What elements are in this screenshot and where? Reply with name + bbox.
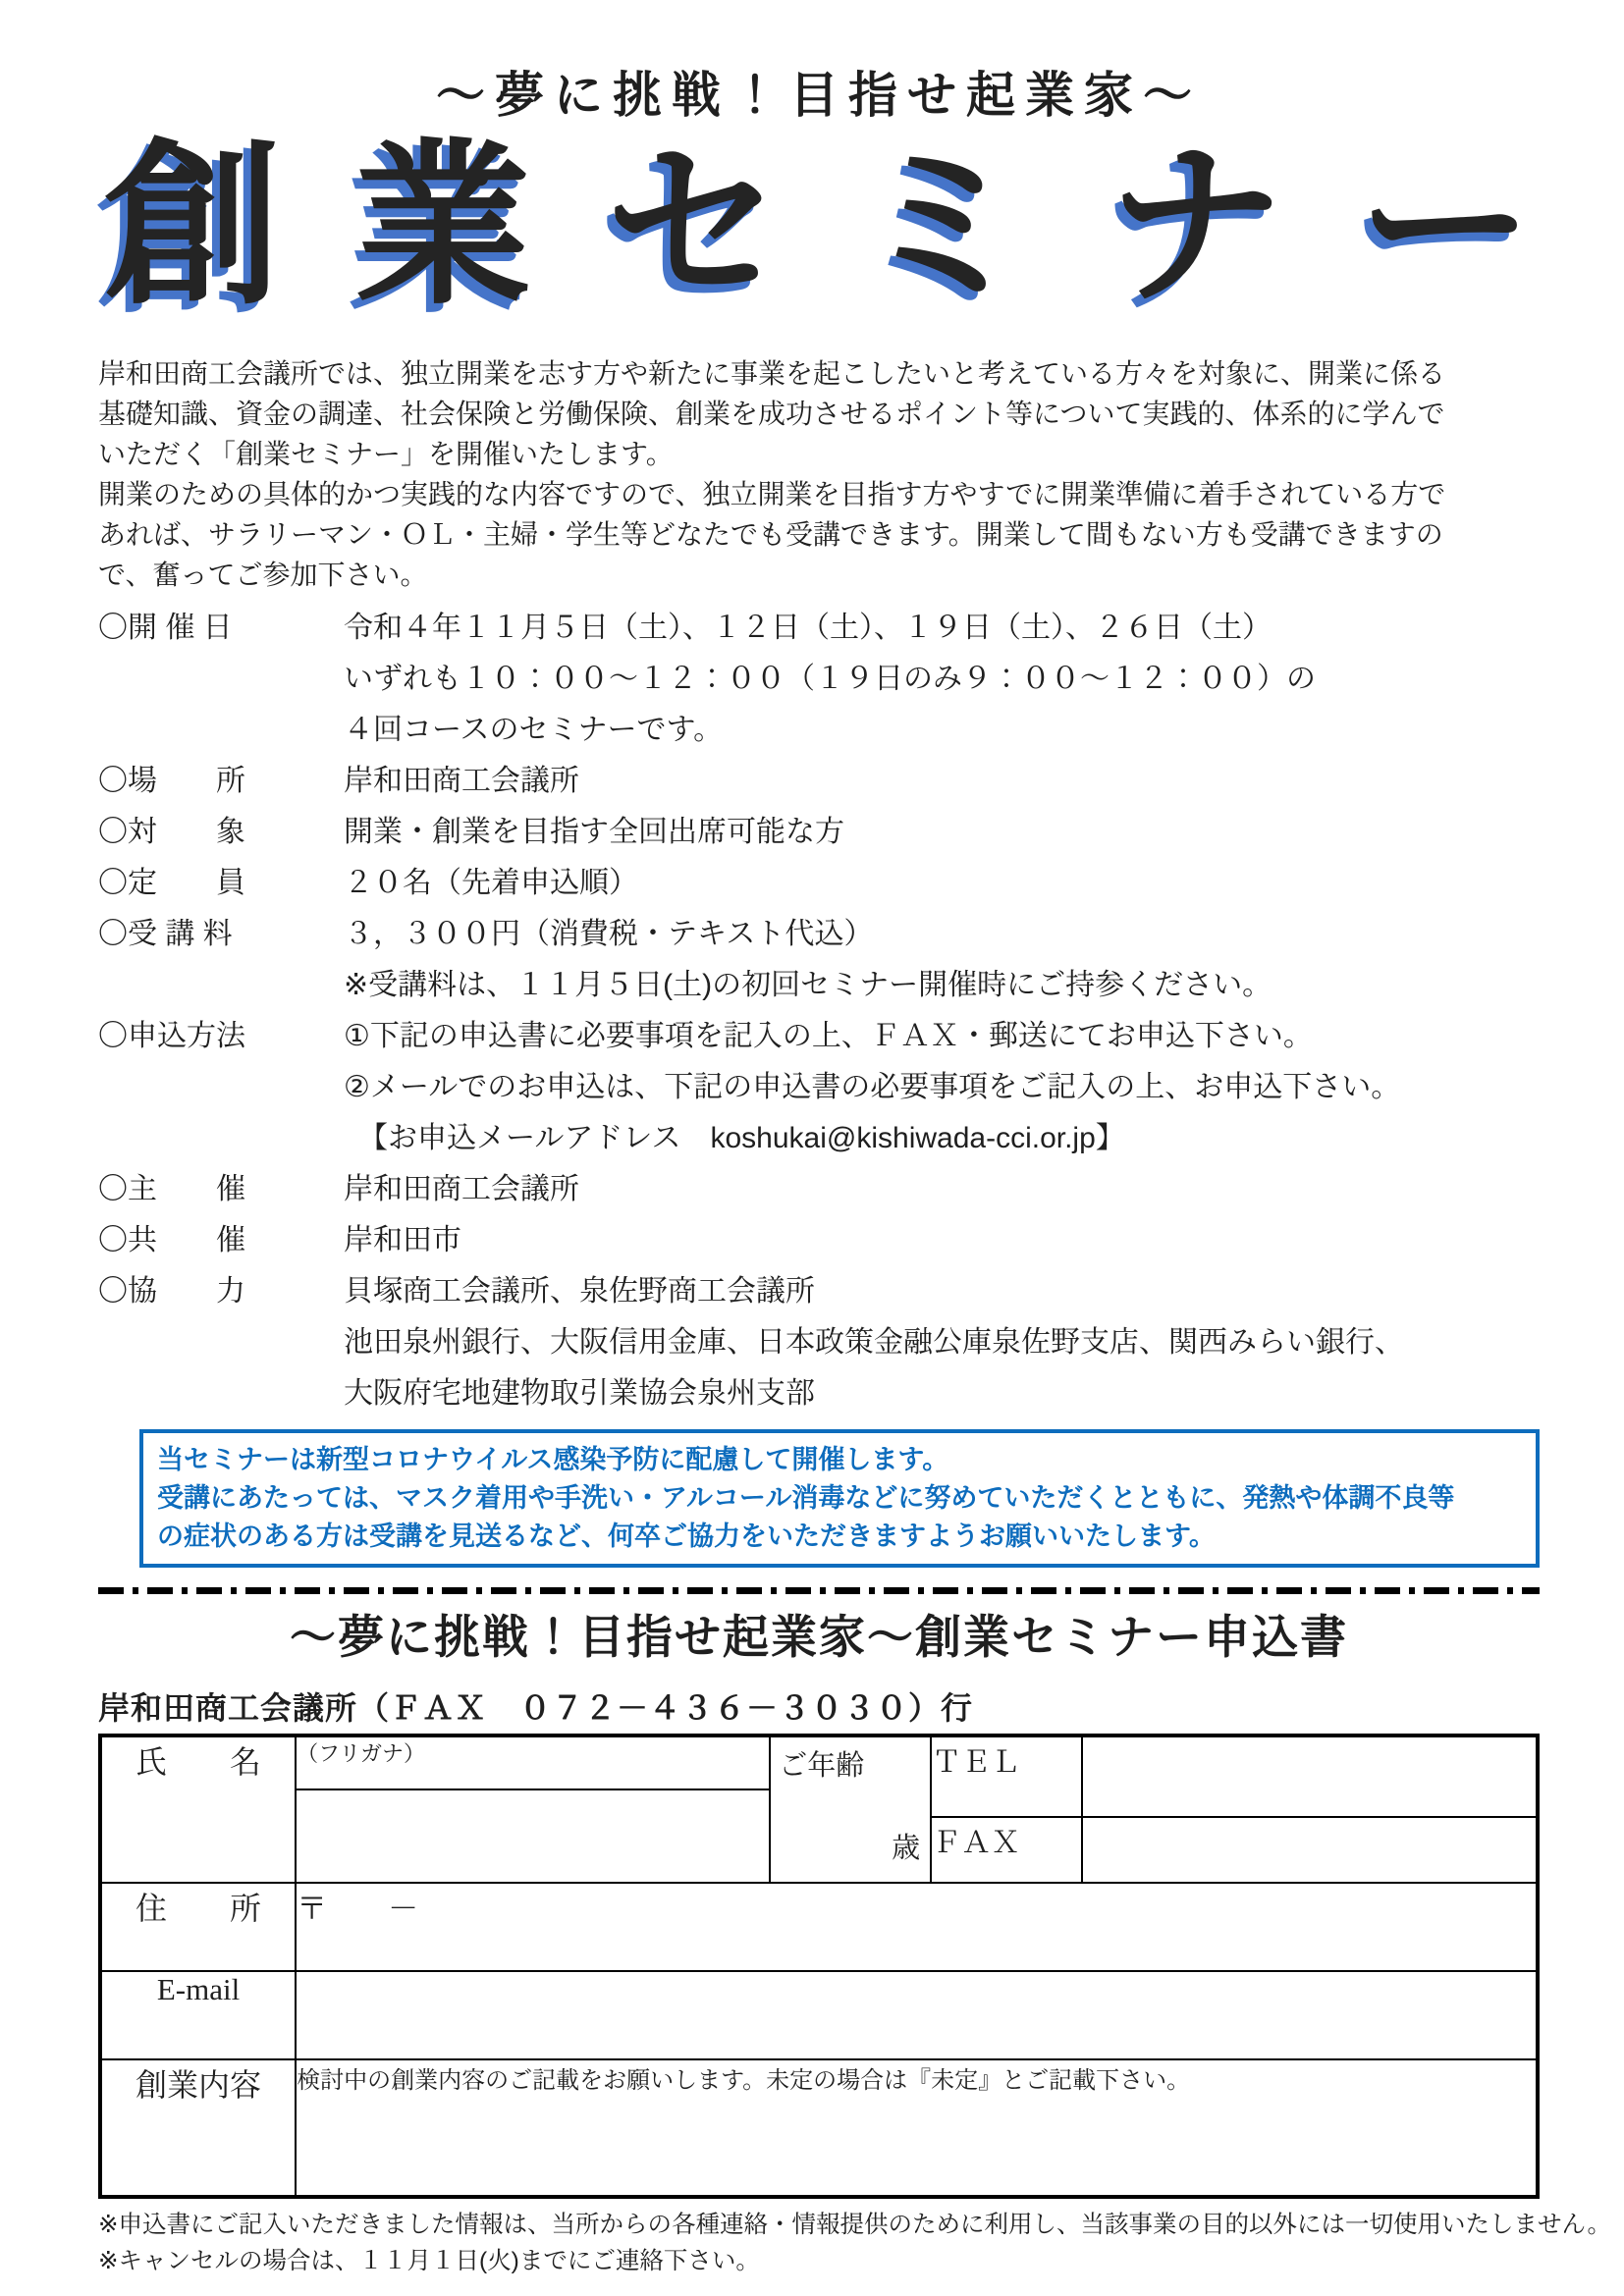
form-footnotes: ※申込書にご記入いただきました情報は、当所からの各種連絡・情報提供のために利用し… [98,2207,1540,2279]
flyer-page: ～夢に挑戦！目指せ起業家～ 創業セミナー 岸和田商工会議所では、独立開業を志す方… [0,0,1624,2296]
detail-line: いずれも１０：００～１２：００（１９日のみ９：００～１２：００）の [344,654,1540,705]
detail-line: 貝塚商工会議所、泉佐野商工会議所 [344,1266,1540,1317]
notice-line: の症状のある方は受講を見送るなど、何卒ご協力をいただきますようお願いいたします。 [157,1518,1522,1556]
detail-row: 〇主 催岸和田商工会議所 [98,1164,1540,1215]
name-label: 氏 名 [135,1744,261,1780]
title-char: ー [1357,133,1534,322]
age-unit-label: 歳 [892,1826,920,1866]
intro-paragraphs: 岸和田商工会議所では、独立開業を志す方や新たに事業を起こしたいと考えている方々を… [98,353,1540,595]
fax-label-cell: ＦＡＸ [931,1817,1082,1883]
address-label: 住 所 [135,1891,261,1926]
furigana-label: （フリガナ） [297,1741,425,1766]
detail-row: 〇場 所岸和田商工会議所 [98,756,1540,807]
tel-label: ＴＥＬ [932,1746,1020,1779]
title-char: 業 [354,133,531,322]
page-subtitle: ～夢に挑戦！目指せ起業家～ [98,67,1540,124]
detail-line: 大阪府宅地建物取引業協会泉州支部 [344,1368,1540,1419]
detail-row: 〇申込方法①下記の申込書に必要事項を記入の上、ＦＡＸ・郵送にてお申込下さい。②メ… [98,1011,1540,1164]
email-label-cell: E-mail [100,1971,296,2059]
detail-lines: 岸和田商工会議所 [344,1164,1540,1215]
intro-line: 基礎知識、資金の調達、社会保険と労働保険、創業を成功させるポイント等について実践… [98,394,1540,434]
intro-line: あれば、サラリーマン・ＯＬ・主婦・学生等どなたでも受講できます。開業して間もない… [98,514,1540,555]
detail-lines: 開業・創業を目指す全回出席可能な方 [344,807,1540,858]
name-input-cell [296,1789,770,1883]
detail-line: ①下記の申込書に必要事項を記入の上、ＦＡＸ・郵送にてお申込下さい。 [344,1011,1540,1062]
footnote-line: ※キャンセルの場合は、１１月１日(火)までにご連絡下さい。 [98,2243,1540,2279]
detail-line: 池田泉州銀行、大阪信用金庫、日本政策金融公庫泉佐野支店、関西みらい銀行、 [344,1317,1540,1368]
address-label-cell: 住 所 [100,1883,296,1971]
detail-line: 岸和田商工会議所 [344,756,1540,807]
detail-label: 〇協 力 [98,1266,344,1419]
business-input-cell: 検討中の創業内容のご記載をお願いします。未定の場合は『未定』とご記載下さい。 [296,2059,1538,2197]
page-title: 創業セミナー [98,133,1540,322]
title-char: 創 [104,133,281,322]
title-char: ミ [856,133,1033,322]
detail-line: ②メールでのお申込は、下記の申込書の必要事項をご記入の上、お申込下さい。 [344,1062,1540,1113]
detail-label: 〇共 催 [98,1215,344,1266]
detail-row: 〇受 講 料３，３００円（消費税・テキスト代込）※受講料は、１１月５日(土)の初… [98,909,1540,1011]
title-char: ナ [1107,133,1283,322]
detail-lines: ３，３００円（消費税・テキスト代込）※受講料は、１１月５日(土)の初回セミナー開… [344,909,1540,1011]
detail-lines: 岸和田市 [344,1215,1540,1266]
intro-line: 開業のための具体的かつ実践的な内容ですので、独立開業を目指す方やすでに開業準備に… [98,474,1540,514]
detail-line: 【お申込メールアドレス koshukai@kishiwada-cci.or.jp… [344,1113,1540,1164]
detail-lines: ２０名（先着申込順） [344,858,1540,909]
age-label: ご年齢 [779,1743,864,1784]
name-label-cell: 氏 名 [100,1735,296,1883]
seminar-details-list: 〇開 催 日令和４年１１月５日（土）、１２日（土）、１９日（土）、２６日（土）い… [98,603,1540,1419]
detail-label: 〇開 催 日 [98,603,344,756]
detail-label: 〇場 所 [98,756,344,807]
detail-line: ３，３００円（消費税・テキスト代込） [344,909,1540,960]
fax-label: ＦＡＸ [932,1827,1020,1859]
tel-label-cell: ＴＥＬ [931,1735,1082,1817]
email-input-cell [296,1971,1538,2059]
detail-label: 〇主 催 [98,1164,344,1215]
notice-line: 当セミナーは新型コロナウイルス感染予防に配慮して開催します。 [157,1441,1522,1479]
tel-input-cell [1082,1735,1538,1817]
detail-row: 〇共 催岸和田市 [98,1215,1540,1266]
detail-label: 〇対 象 [98,807,344,858]
application-form-title: ～夢に挑戦！目指せ起業家～創業セミナー申込書 [98,1608,1540,1667]
business-label: 創業内容 [135,2067,261,2103]
detail-row: 〇開 催 日令和４年１１月５日（土）、１２日（土）、１９日（土）、２６日（土）い… [98,603,1540,756]
detail-lines: 岸和田商工会議所 [344,756,1540,807]
application-table: 氏 名 （フリガナ） ご年齢 歳 ＴＥＬ ＦＡＸ 住 所 〒 － [98,1734,1540,2199]
covid-notice-box: 当セミナーは新型コロナウイルス感染予防に配慮して開催します。受講にあたっては、マ… [139,1429,1540,1568]
detail-row: 〇対 象開業・創業を目指す全回出席可能な方 [98,807,1540,858]
address-input-cell: 〒 － [296,1883,1538,1971]
fax-address-line: 岸和田商工会議所（ＦＡＸ ０７２－４３６－３０３０）行 [98,1688,1540,1728]
detail-lines: ①下記の申込書に必要事項を記入の上、ＦＡＸ・郵送にてお申込下さい。②メールでのお… [344,1011,1540,1164]
email-label: E-mail [157,1972,240,2006]
intro-line: で、奮ってご参加下さい。 [98,555,1540,595]
footnote-line: ※申込書にご記入いただきました情報は、当所からの各種連絡・情報提供のために利用し… [98,2207,1540,2243]
age-cell: ご年齢 歳 [770,1735,931,1883]
detail-line: ２０名（先着申込順） [344,858,1540,909]
detail-row: 〇定 員２０名（先着申込順） [98,858,1540,909]
detail-row: 〇協 力貝塚商工会議所、泉佐野商工会議所池田泉州銀行、大阪信用金庫、日本政策金融… [98,1266,1540,1419]
postal-mark: 〒 － [297,1892,418,1926]
detail-line: ４回コースのセミナーです。 [344,705,1540,756]
detail-line: 開業・創業を目指す全回出席可能な方 [344,807,1540,858]
title-char: セ [605,133,782,322]
detail-line: 岸和田市 [344,1215,1540,1266]
cut-line-divider [98,1587,1540,1594]
detail-label: 〇申込方法 [98,1011,344,1164]
detail-line: ※受講料は、１１月５日(土)の初回セミナー開催時にご持参ください。 [344,960,1540,1011]
detail-lines: 令和４年１１月５日（土）、１２日（土）、１９日（土）、２６日（土）いずれも１０：… [344,603,1540,756]
intro-line: 岸和田商工会議所では、独立開業を志す方や新たに事業を起こしたいと考えている方々を… [98,353,1540,394]
notice-line: 受講にあたっては、マスク着用や手洗い・アルコール消毒などに努めていただくとともに… [157,1479,1522,1518]
detail-line: 岸和田商工会議所 [344,1164,1540,1215]
intro-line: いただく「創業セミナー」を開催いたします。 [98,434,1540,474]
detail-label: 〇受 講 料 [98,909,344,1011]
detail-line: 令和４年１１月５日（土）、１２日（土）、１９日（土）、２６日（土） [344,603,1540,654]
fax-input-cell [1082,1817,1538,1883]
business-note: 検討中の創業内容のご記載をお願いします。未定の場合は『未定』とご記載下さい。 [297,2060,1536,2095]
furigana-cell: （フリガナ） [296,1735,770,1789]
detail-lines: 貝塚商工会議所、泉佐野商工会議所池田泉州銀行、大阪信用金庫、日本政策金融公庫泉佐… [344,1266,1540,1419]
detail-label: 〇定 員 [98,858,344,909]
business-label-cell: 創業内容 [100,2059,296,2197]
